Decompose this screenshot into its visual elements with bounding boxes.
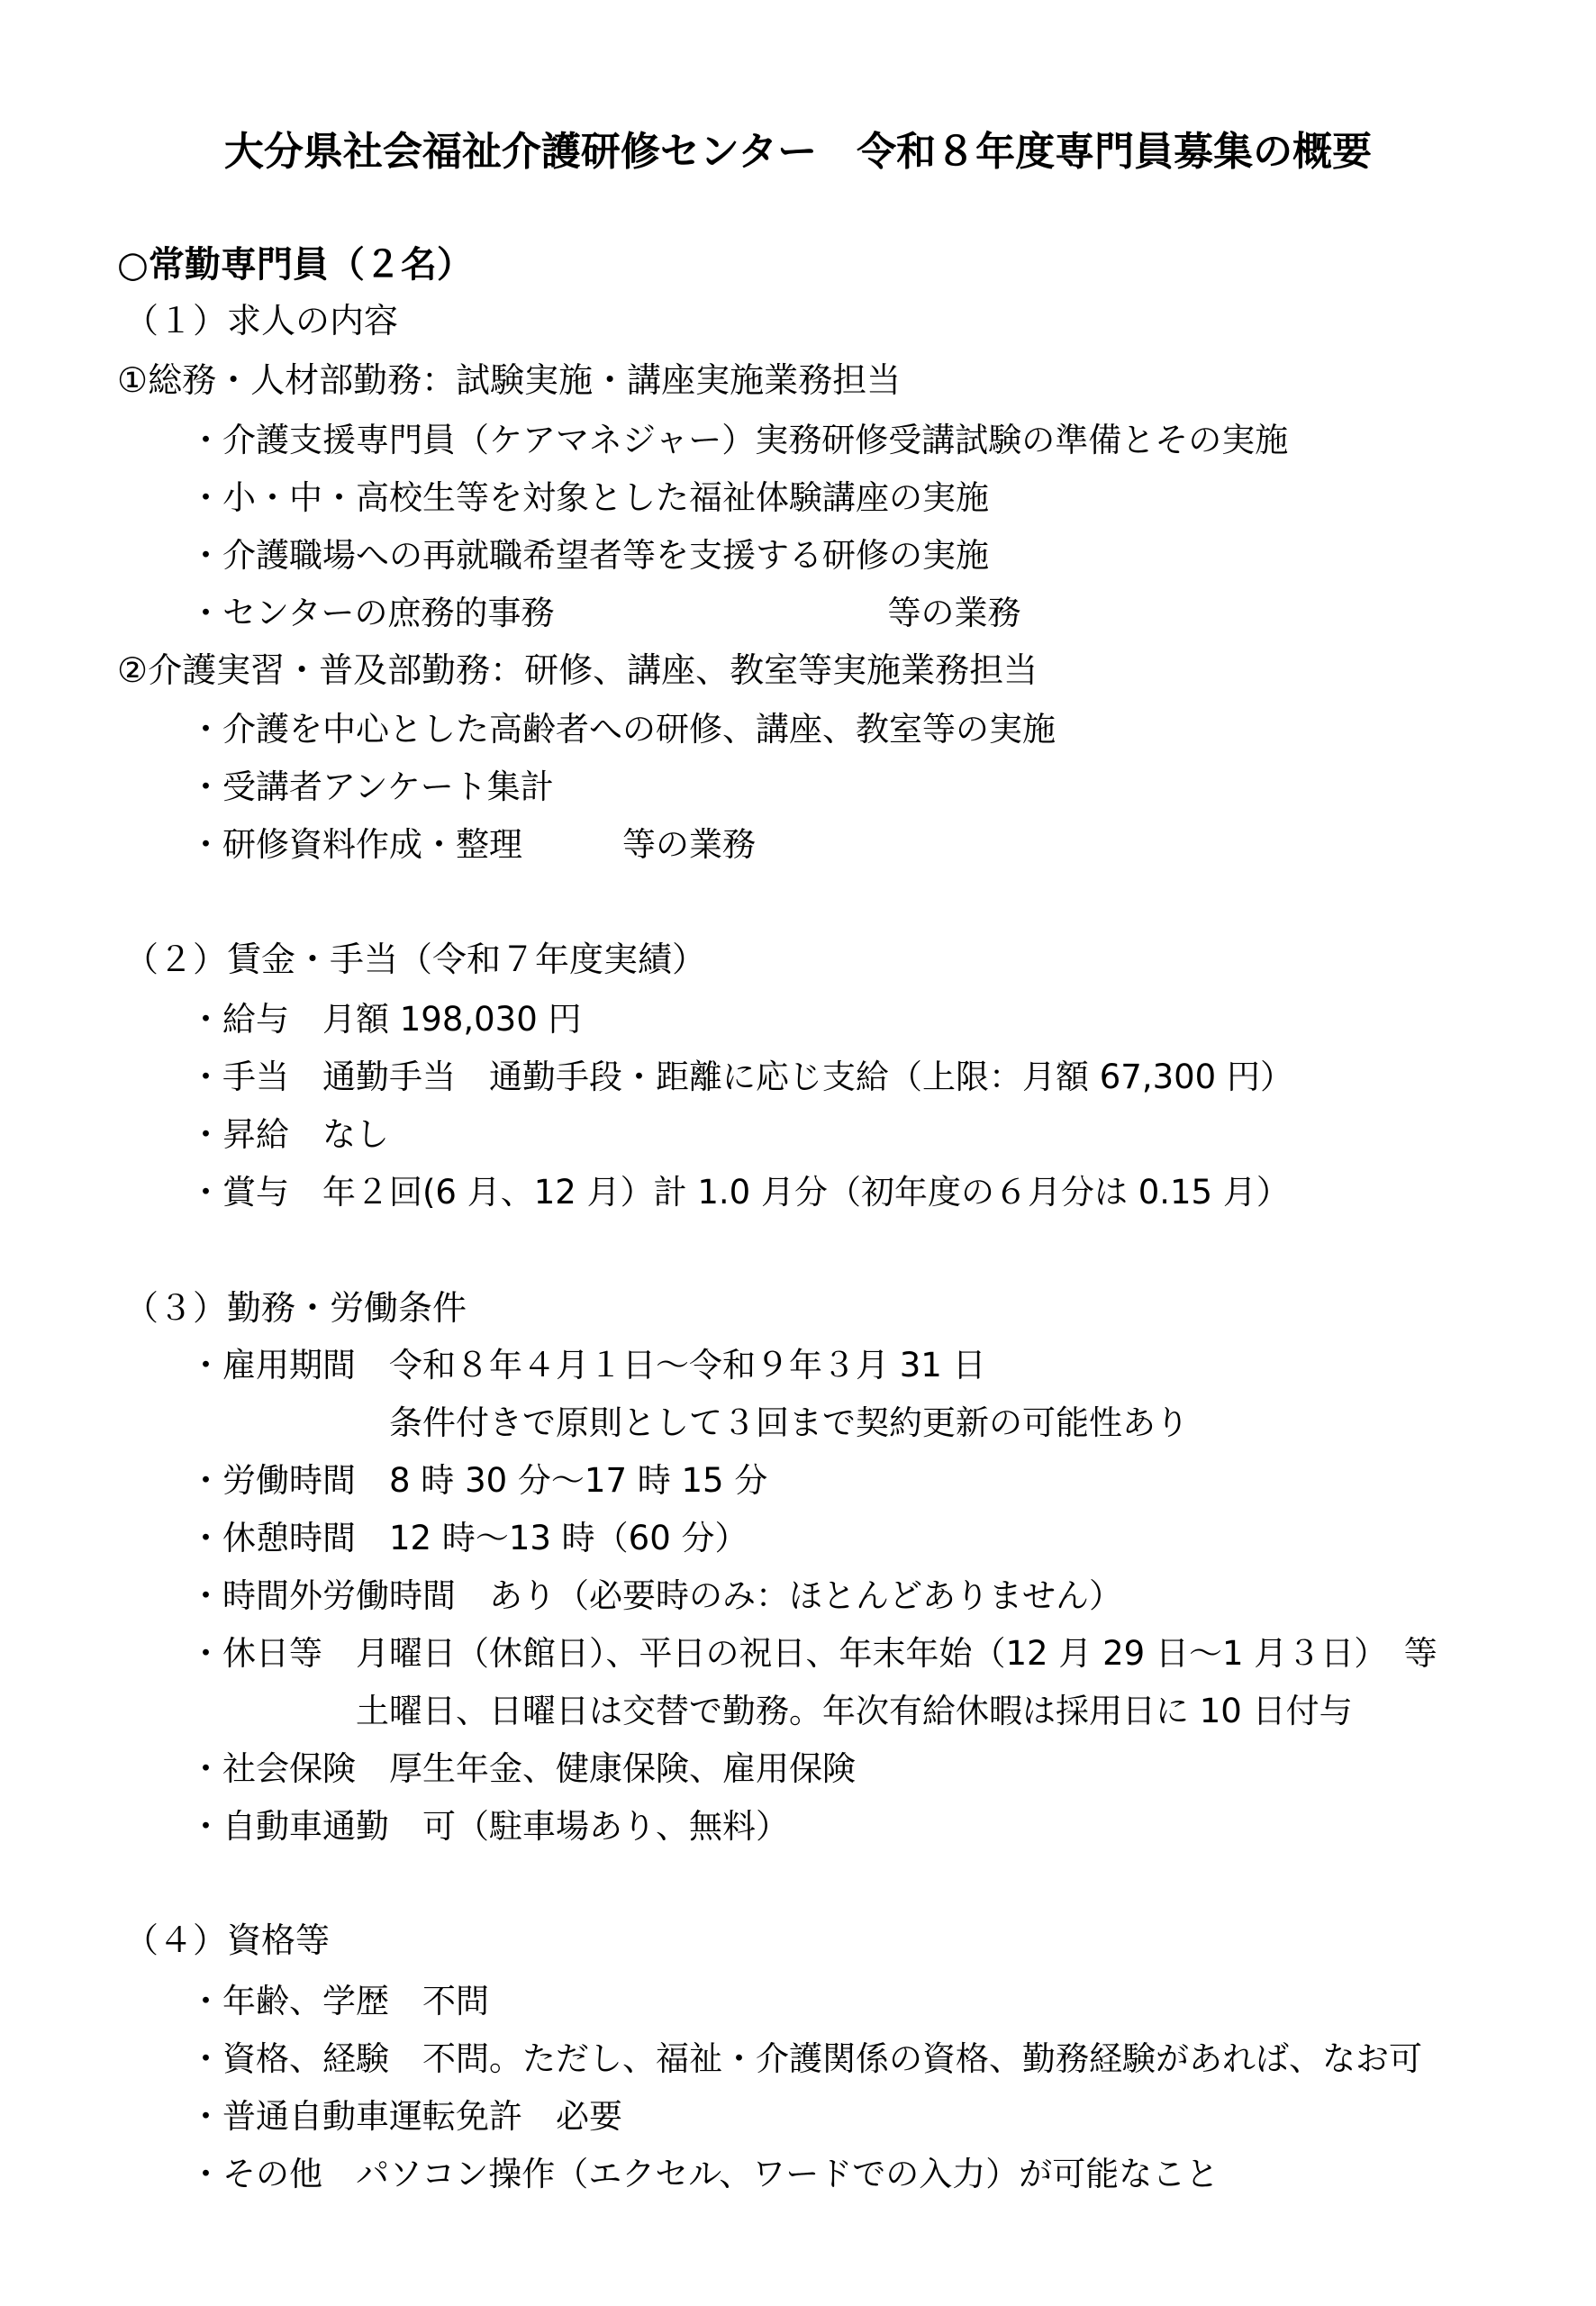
list-item: ・時間外労働時間 あり（必要時のみ：ほとんどありません） bbox=[189, 1576, 1122, 1616]
list-item: ・その他 パソコン操作（エクセル、ワードでの入力）が可能なこと bbox=[189, 2155, 1219, 2194]
list-item: ・手当 通勤手当 通勤手段・距離に応じ支給（上限：月額 67,300 円） bbox=[189, 1058, 1293, 1097]
list-item: ・センターの庶務的事務 等の業務 bbox=[189, 594, 1021, 633]
list-item: ・研修資料作成・整理 等の業務 bbox=[189, 825, 756, 865]
list-item-continuation: 土曜日、日曜日は交替で勤務。年次有給休暇は採用日に 10 日付与 bbox=[189, 1692, 1353, 1731]
list-item: ・雇用期間 令和８年４月１日～令和９年３月 31 日 bbox=[189, 1346, 986, 1385]
document-title: 大分県社会福祉介護研修センター 令和８年度専門員募集の概要 bbox=[0, 128, 1596, 177]
list-item: ・受講者アンケート集計 bbox=[189, 767, 554, 807]
list-item: ・昇給 なし bbox=[189, 1115, 389, 1155]
subsection-heading-wages: （２）賃金・手当（令和７年度実績） bbox=[124, 940, 706, 979]
subsection-heading-qualifications: （４）資格等 bbox=[124, 1920, 330, 1960]
list-item: ・小・中・高校生等を対象とした福祉体験講座の実施 bbox=[189, 478, 989, 518]
list-item: ・介護支援専門員（ケアマネジャー）実務研修受講試験の準備とその実施 bbox=[189, 421, 1288, 460]
list-item: ・休日等 月曜日（休館日）、平日の祝日、年末年始（12 月 29 日～1 月３日… bbox=[189, 1634, 1437, 1674]
category-heading-care-training: ②介護実習・普及部勤務：研修、講座、教室等実施業務担当 bbox=[117, 650, 1038, 690]
list-item: ・介護職場への再就職希望者等を支援する研修の実施 bbox=[189, 536, 989, 576]
list-item: ・給与 月額 198,030 円 bbox=[189, 1000, 582, 1040]
list-item: ・労働時間 8 時 30 分～17 時 15 分 bbox=[189, 1461, 767, 1501]
list-item: ・介護を中心とした高齢者への研修、講座、教室等の実施 bbox=[189, 710, 1056, 749]
list-item: ・年齢、学歴 不問 bbox=[189, 1982, 489, 2021]
list-item: ・社会保険 厚生年金、健康保険、雇用保険 bbox=[189, 1749, 856, 1789]
list-item: ・普通自動車運転免許 必要 bbox=[189, 2097, 622, 2137]
list-item: ・自動車通勤 可（駐車場あり、無料） bbox=[189, 1807, 789, 1847]
list-item: ・賞与 年２回(6 月、12 月）計 1.0 月分（初年度の６月分は 0.15 … bbox=[189, 1173, 1290, 1212]
list-item-continuation: 条件付きで原則として３回まで契約更新の可能性あり bbox=[189, 1403, 1189, 1443]
category-heading-general-affairs: ①総務・人材部勤務：試験実施・講座実施業務担当 bbox=[117, 360, 901, 400]
list-item: ・資格、経験 不問。ただし、福祉・介護関係の資格、勤務経験があれば、なお可 bbox=[189, 2039, 1422, 2079]
section-heading-fulltime-staff: ○常勤専門員（２名） bbox=[117, 245, 473, 285]
list-item: ・休憩時間 12 時～13 時（60 分） bbox=[189, 1519, 748, 1558]
subsection-heading-working-conditions: （３）勤務・労働条件 bbox=[124, 1288, 467, 1328]
subsection-heading-job-content: （１）求人の内容 bbox=[124, 301, 398, 340]
